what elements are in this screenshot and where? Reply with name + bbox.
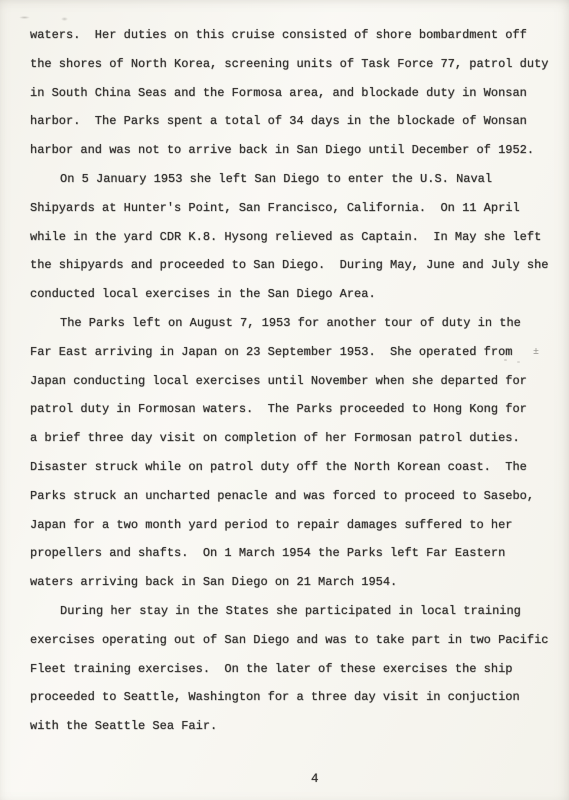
text-line: harbor and was not to arrive back in San… [30,136,564,165]
text-line: waters arriving back in San Diego on 21 … [30,568,564,597]
paragraph-1: waters. Her duties on this cruise consis… [30,21,564,165]
text-line: a brief three day visit on completion of… [30,424,564,453]
text-line: Disaster struck while on patrol duty off… [30,453,564,482]
text-line: propellers and shafts. On 1 March 1954 t… [30,539,564,568]
text-line: in South China Seas and the Formosa area… [30,79,564,108]
text-line: Far East arriving in Japan on 23 Septemb… [30,338,564,367]
smudge-mark [19,16,30,19]
text-line: the shipyards and proceeded to San Diego… [30,251,564,280]
text-line: exercises operating out of San Diego and… [30,626,564,655]
text-line: During her stay in the States she partic… [30,597,564,626]
text-line: Japan for a two month yard period to rep… [30,511,564,540]
paragraph-4: During her stay in the States she partic… [30,597,564,741]
text-line: with the Seattle Sea Fair. [30,712,564,741]
text-line: The Parks left on August 7, 1953 for ano… [30,309,564,338]
document-page: ± waters. Her duties on this cruise cons… [0,0,569,800]
paragraph-2: On 5 January 1953 she left San Diego to … [30,165,564,309]
text-line: harbor. The Parks spent a total of 34 da… [30,107,564,136]
text-line: while in the yard CDR K.8. Hysong reliev… [30,223,564,252]
text-line: Shipyards at Hunter's Point, San Francis… [30,194,564,223]
page-number: 4 [311,772,319,786]
text-line: On 5 January 1953 she left San Diego to … [30,165,564,194]
text-line: Japan conducting local exercises until N… [30,367,564,396]
text-line: the shores of North Korea, screening uni… [30,50,564,79]
text-line: conducted local exercises in the San Die… [30,280,564,309]
text-line: patrol duty in Formosan waters. The Park… [30,395,564,424]
text-line: proceeded to Seattle, Washington for a t… [30,683,564,712]
paragraph-3: The Parks left on August 7, 1953 for ano… [30,309,564,597]
text-line: Fleet training exercises. On the later o… [30,655,564,684]
typewritten-text-body: waters. Her duties on this cruise consis… [30,21,564,741]
text-line: waters. Her duties on this cruise consis… [30,21,564,50]
text-line: Parks struck an uncharted penacle and wa… [30,482,564,511]
